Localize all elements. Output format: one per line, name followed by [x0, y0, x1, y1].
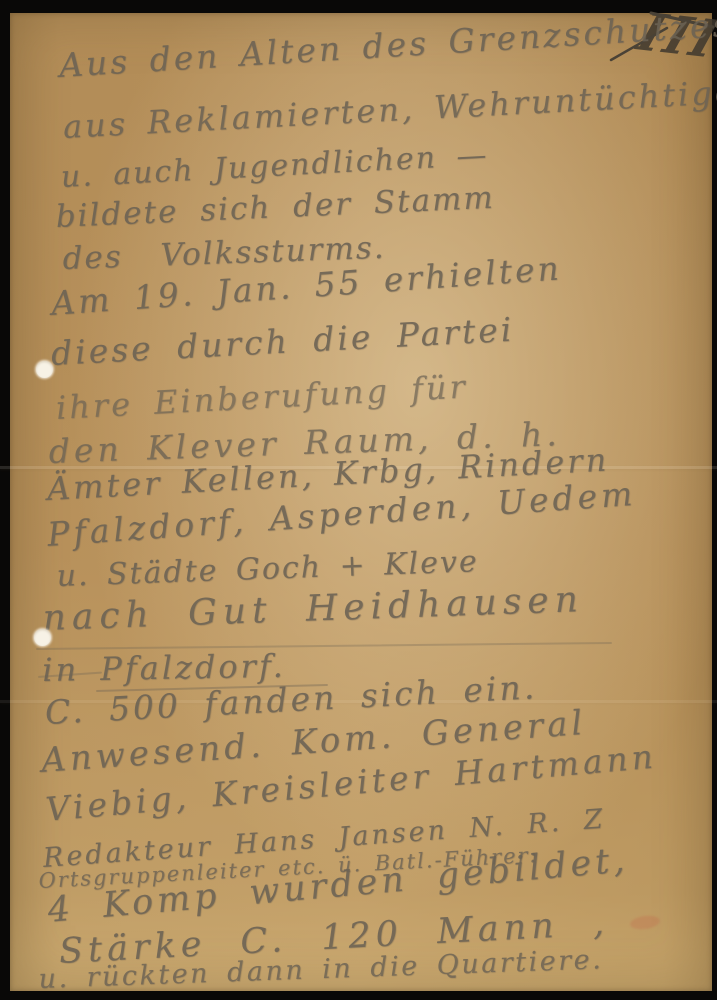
punch-hole-bottom — [34, 629, 51, 646]
punch-hole-top — [36, 361, 53, 378]
scan-background: III Aus den Alten des Grenzschutzes, aus… — [0, 0, 717, 1000]
